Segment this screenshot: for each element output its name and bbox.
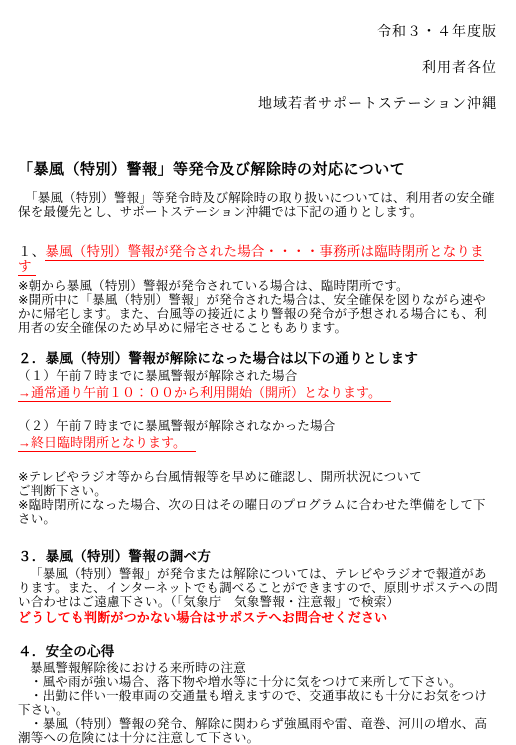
section-1-number: １、 <box>18 244 45 259</box>
section-4-bullet-2: ・出勤に伴い一般車両の交通量も増えますので、交通事故にも十分にお気をつけ下さい。 <box>18 689 498 717</box>
document-page: 令和３・４年度版 利用者各位 地域若者サポートステーション沖縄 「暴風（特別）警… <box>0 0 516 745</box>
section-4: ４．安全の心得 暴風警報解除後における来所時の注意 ・風や雨が強い場合、落下物や… <box>18 644 498 745</box>
section-4-subheading: 暴風警報解除後における来所時の注意 <box>18 661 498 675</box>
section-4-bullet-1: ・風や雨が強い場合、落下物や増水等に十分に気をつけて来所して下さい。 <box>18 675 498 689</box>
section-4-bullet-3: ・暴風（特別）警報の発令、解除に関わらず強風雨や雷、竜巻、河川の増水、高潮等への… <box>18 717 498 745</box>
document-title: 「暴風（特別）警報」等発令及び解除時の対応について <box>18 161 498 178</box>
section-2-case-1: （１）午前７時までに暴風警報が解除された場合 <box>18 369 498 383</box>
section-1: １、暴風（特別）警報が発令された場合・・・・事務所は臨時閉所となります ※朝から… <box>18 244 498 335</box>
section-2: ２．暴風（特別）警報が解除になった場合は以下の通りとします （１）午前７時までに… <box>18 351 498 526</box>
section-2-case-2: （２）午前７時までに暴風警報が解除されなかった場合 <box>18 419 498 433</box>
section-1-heading: １、暴風（特別）警報が発令された場合・・・・事務所は臨時閉所となります <box>18 244 498 274</box>
organization-name: 地域若者サポートステーション沖縄 <box>18 96 497 111</box>
section-2-note-2: ※臨時閉所になった場合、次の日はその曜日のプログラムに合わせた準備をして下さい。 <box>18 498 498 526</box>
section-1-note-2: ※開所中に「暴風（特別）警報」が発令された場合は、安全確保を図りながら速やかに帰… <box>18 293 498 335</box>
addressee-label: 利用者各位 <box>18 60 497 75</box>
section-3-body: 「暴風（特別）警報」が発令または解除については、テレビやラジオで報道があります。… <box>18 567 498 609</box>
section-2-note-1-line-2: ご判断下さい。 <box>18 484 498 498</box>
section-2-notes: ※テレビやラジオ等から台風情報等を早めに確認し、開所状況について ご判断下さい。… <box>18 470 498 526</box>
section-1-note-1: ※朝から暴風（特別）警報が発令されている場合は、臨時閉所です。 <box>18 279 498 293</box>
edition-label: 令和３・４年度版 <box>18 24 497 39</box>
section-2-case-1-result: →通常通り午前１０：００から利用開始（開所）となります。 <box>18 385 498 401</box>
intro-paragraph: 「暴風（特別）警報」等発令時及び解除時の取り扱いについては、利用者の安全確保を最… <box>18 191 498 219</box>
section-3-alert: どうしても判断がつかない場合はサポステへお問合せください <box>18 610 498 625</box>
section-2-note-1-line-1: ※テレビやラジオ等から台風情報等を早めに確認し、開所状況について <box>18 470 498 484</box>
section-3: ３．暴風（特別）警報の調べ方 「暴風（特別）警報」が発令または解除については、テ… <box>18 549 498 625</box>
section-3-heading: ３．暴風（特別）警報の調べ方 <box>18 549 498 564</box>
section-2-heading: ２．暴風（特別）警報が解除になった場合は以下の通りとします <box>18 351 498 366</box>
section-2-case-2-result: →終日臨時閉所となります。 <box>18 435 498 451</box>
section-1-heading-red: 暴風（特別）警報が発令された場合・・・・事務所は臨時閉所となります <box>18 244 484 276</box>
case-1-result-text: →通常通り午前１０：００から利用開始（開所）となります。 <box>18 385 391 402</box>
case-2-result-text: →終日臨時閉所となります。 <box>18 435 196 452</box>
document-header: 令和３・４年度版 利用者各位 地域若者サポートステーション沖縄 <box>18 24 498 111</box>
section-4-heading: ４．安全の心得 <box>18 644 498 659</box>
